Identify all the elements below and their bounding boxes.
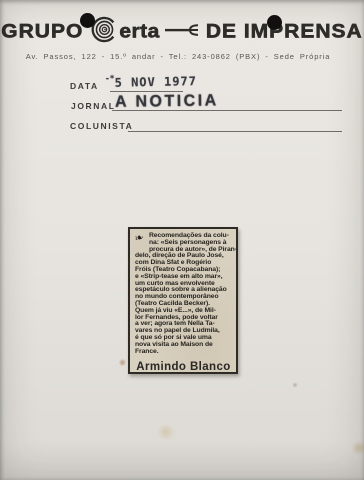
jornal-stamp: A NOTICIA <box>115 92 219 112</box>
date-stamp: -*5 NOV 1977 <box>105 72 197 90</box>
date-stamp-mark: -* <box>105 74 115 83</box>
field-label-jornal: JORNAL <box>71 101 116 111</box>
stain <box>292 382 298 388</box>
letterhead-address: Av. Passos, 122 - 15.º andar - Tel.: 243… <box>18 52 338 61</box>
punch-hole-icon <box>267 15 282 30</box>
clip-line: France. <box>135 349 232 356</box>
clipping-text: ❧ Recomendações da colu-na: «Seis person… <box>135 233 232 373</box>
date-stamp-value: 5 NOV 1977 <box>115 74 198 90</box>
newspaper-clipping: ❧ Recomendações da colu-na: «Seis person… <box>128 227 238 374</box>
brand-prefix: GRUPO <box>1 21 83 43</box>
colunista-field-line <box>128 131 342 132</box>
field-label-data: DATA <box>70 81 99 91</box>
stain <box>352 440 364 456</box>
clipping-byline: Armindo Blanco <box>135 361 232 374</box>
stain <box>119 358 126 367</box>
punch-hole-icon <box>80 13 95 28</box>
dart-arrow-icon <box>165 23 201 42</box>
brand-core: erta <box>119 21 160 43</box>
jornal-field-line <box>112 110 342 111</box>
clipping-lines: Recomendações da colu-na: «Seis personag… <box>135 233 232 355</box>
field-label-colunista: COLUNISTA <box>70 121 133 131</box>
letterhead: GRUPO erta DE IMPRENSA <box>0 17 364 47</box>
bullseye-target-icon <box>91 16 118 48</box>
stain <box>155 425 177 439</box>
brand-suffix: DE IMPRENSA <box>206 21 363 43</box>
